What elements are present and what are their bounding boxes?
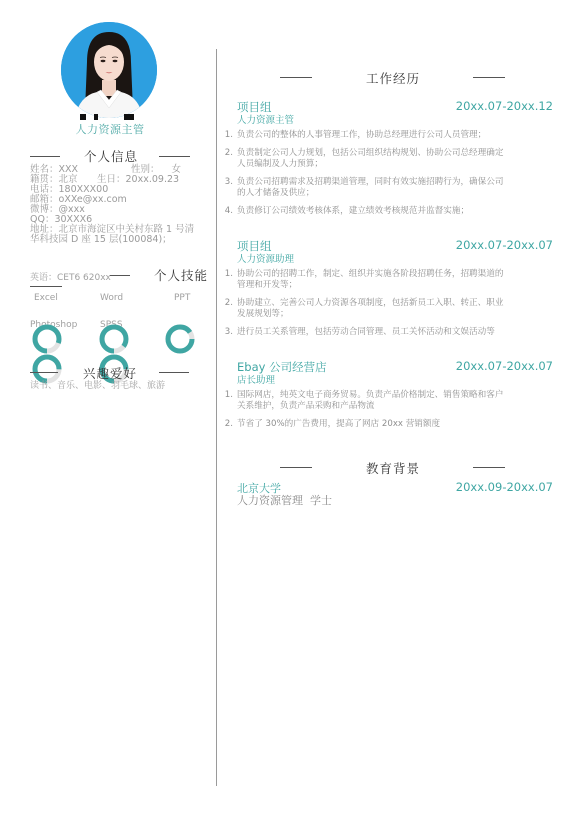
duty-item: 1.国际网店，纯英文电子商务贸易。负责产品价格制定、销售策略和客户关系维护，负责…: [222, 390, 552, 412]
edu-degree: 人力资源管理 学士: [237, 492, 332, 508]
job-title: 人力资源主管: [0, 121, 220, 137]
skill-ring-excel: [31, 323, 63, 355]
avatar: [61, 22, 157, 118]
edu-date: 20xx.09-20xx.07: [456, 480, 553, 494]
job3-role: 店长助理: [237, 372, 275, 386]
education-title: 教育背景: [366, 459, 420, 477]
job2-duties: 1.协助公司的招聘工作，制定、组织并实施各阶段招聘任务，招聘渠道的管理和开发等；…: [222, 269, 552, 345]
hobbies-line-right: [159, 372, 189, 373]
work-line-left: [280, 77, 312, 78]
skills-underline: [30, 286, 62, 287]
duty-item: 4.负责修订公司绩效考核体系，建立绩效考核规范并监督实施；: [222, 206, 552, 217]
duty-item: 1.协助公司的招聘工作，制定、组织并实施各阶段招聘任务，招聘渠道的管理和开发等；: [222, 269, 552, 291]
personal-info-title: 个人信息: [84, 147, 138, 165]
job1-date: 20xx.07-20xx.12: [456, 99, 553, 113]
skills-line-left: [110, 275, 130, 276]
column-divider: [216, 49, 217, 786]
skill-label-word: Word: [100, 293, 123, 303]
skill-label-ppt: PPT: [174, 293, 190, 303]
duty-item: 3.负责公司招聘需求及招聘渠道管理，同时有效实施招聘行为，确保公司的人才储备及供…: [222, 177, 552, 199]
skill-ring-word: [98, 323, 130, 355]
job3-duties: 1.国际网店，纯英文电子商务贸易。负责产品价格制定、销售策略和客户关系维护，负责…: [222, 390, 552, 437]
info-birthday: 20xx.09.23: [126, 174, 180, 185]
edu-line-right: [473, 467, 505, 468]
portrait-photo: [61, 22, 157, 118]
english-level: 英语：CET6 620xx: [30, 270, 111, 283]
info-birthday-row: 生日：20xx.09.23: [97, 174, 179, 185]
skill-ring-ppt: [164, 323, 196, 355]
job1-duties: 1.负责公司的整体的人事管理工作，协助总经理进行公司人员管理； 2.负责制定公司…: [222, 130, 552, 224]
info-address-line2: 华科技园 D 座 15 层(100084)；: [30, 234, 172, 245]
duty-item: 2.负责制定公司人力规划，包括公司组织结构规划、协助公司总经理确定人员编制及人力…: [222, 148, 552, 170]
duty-item: 3.进行员工关系管理，包括劳动合同管理、员工关怀活动和文娱活动等: [222, 327, 552, 338]
job2-role: 人力资源助理: [237, 251, 294, 265]
heading-line-right: [159, 156, 190, 157]
job1-role: 人力资源主管: [237, 112, 294, 126]
heading-line-left: [30, 156, 60, 157]
hobbies-line-left: [30, 372, 58, 373]
duty-item: 1.负责公司的整体的人事管理工作，协助总经理进行公司人员管理；: [222, 130, 552, 141]
duty-item: 2.协助建立、完善公司人力资源各项制度，包括新员工入职、转正、职业发展规划等；: [222, 298, 552, 320]
duty-item: 2.节省了 30%的广告费用，提高了网店 20xx 营销额度: [222, 419, 552, 430]
skills-title: 个人技能: [154, 266, 208, 284]
skill-label-excel: Excel: [34, 293, 58, 303]
work-line-right: [473, 77, 505, 78]
edu-line-left: [280, 467, 312, 468]
hobbies-text: 读书、音乐、电影、羽毛球、旅游: [30, 378, 165, 391]
name-fragment-overlap: [80, 114, 138, 120]
job3-date: 20xx.07-20xx.07: [456, 359, 553, 373]
work-title: 工作经历: [366, 69, 420, 87]
job2-date: 20xx.07-20xx.07: [456, 238, 553, 252]
